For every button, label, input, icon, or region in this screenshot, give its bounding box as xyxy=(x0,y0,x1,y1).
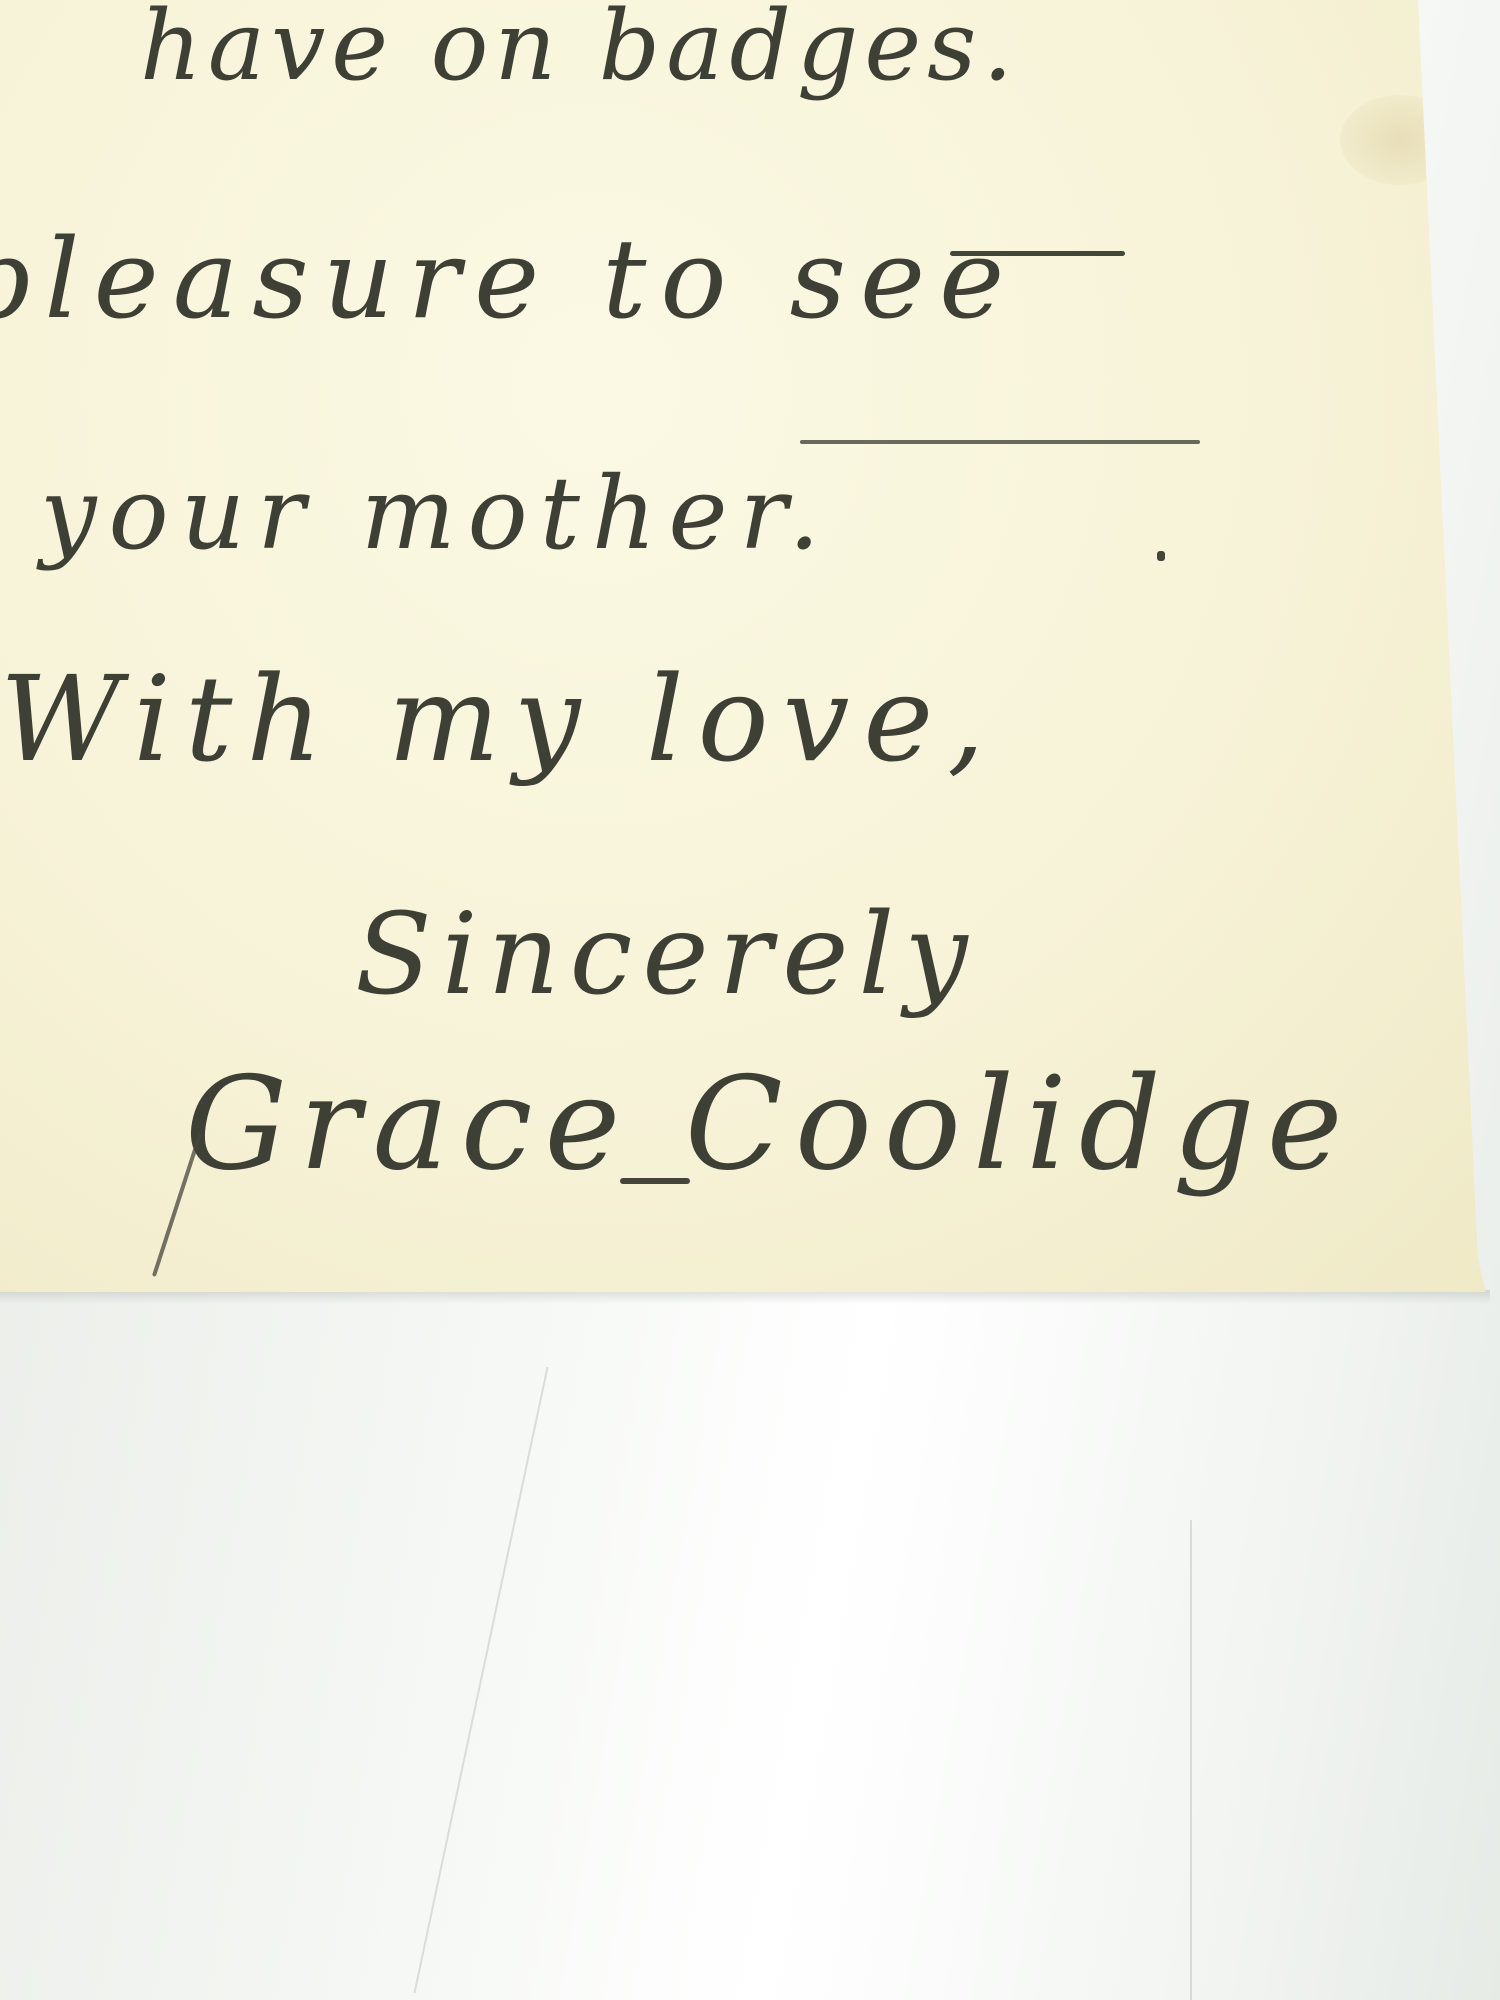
letter-line-3: your mother. xyxy=(40,455,832,572)
letter-line-1: have on badges. xyxy=(140,0,1019,102)
period-dot xyxy=(1157,551,1165,561)
paper-stain xyxy=(1340,95,1460,185)
letter-line-2: pleasure to see xyxy=(0,215,1018,343)
signature-line: Grace Coolidge xyxy=(185,1050,1354,1199)
signature-underscore-stroke xyxy=(620,1178,690,1184)
signature-tail-stroke xyxy=(152,1133,202,1277)
underline-stroke xyxy=(950,251,1125,256)
letter-paper: have on badges. pleasure to see your mot… xyxy=(0,0,1490,1292)
paper-shadow xyxy=(0,1290,1490,1304)
letter-line-4: With my love, xyxy=(0,650,999,788)
backdrop-crease xyxy=(413,1367,548,1993)
photo-scene: have on badges. pleasure to see your mot… xyxy=(0,0,1500,2000)
backdrop-crease xyxy=(1190,1520,1192,2000)
closing-line: Sincerely xyxy=(355,890,978,1020)
t-cross-stroke xyxy=(800,440,1200,444)
